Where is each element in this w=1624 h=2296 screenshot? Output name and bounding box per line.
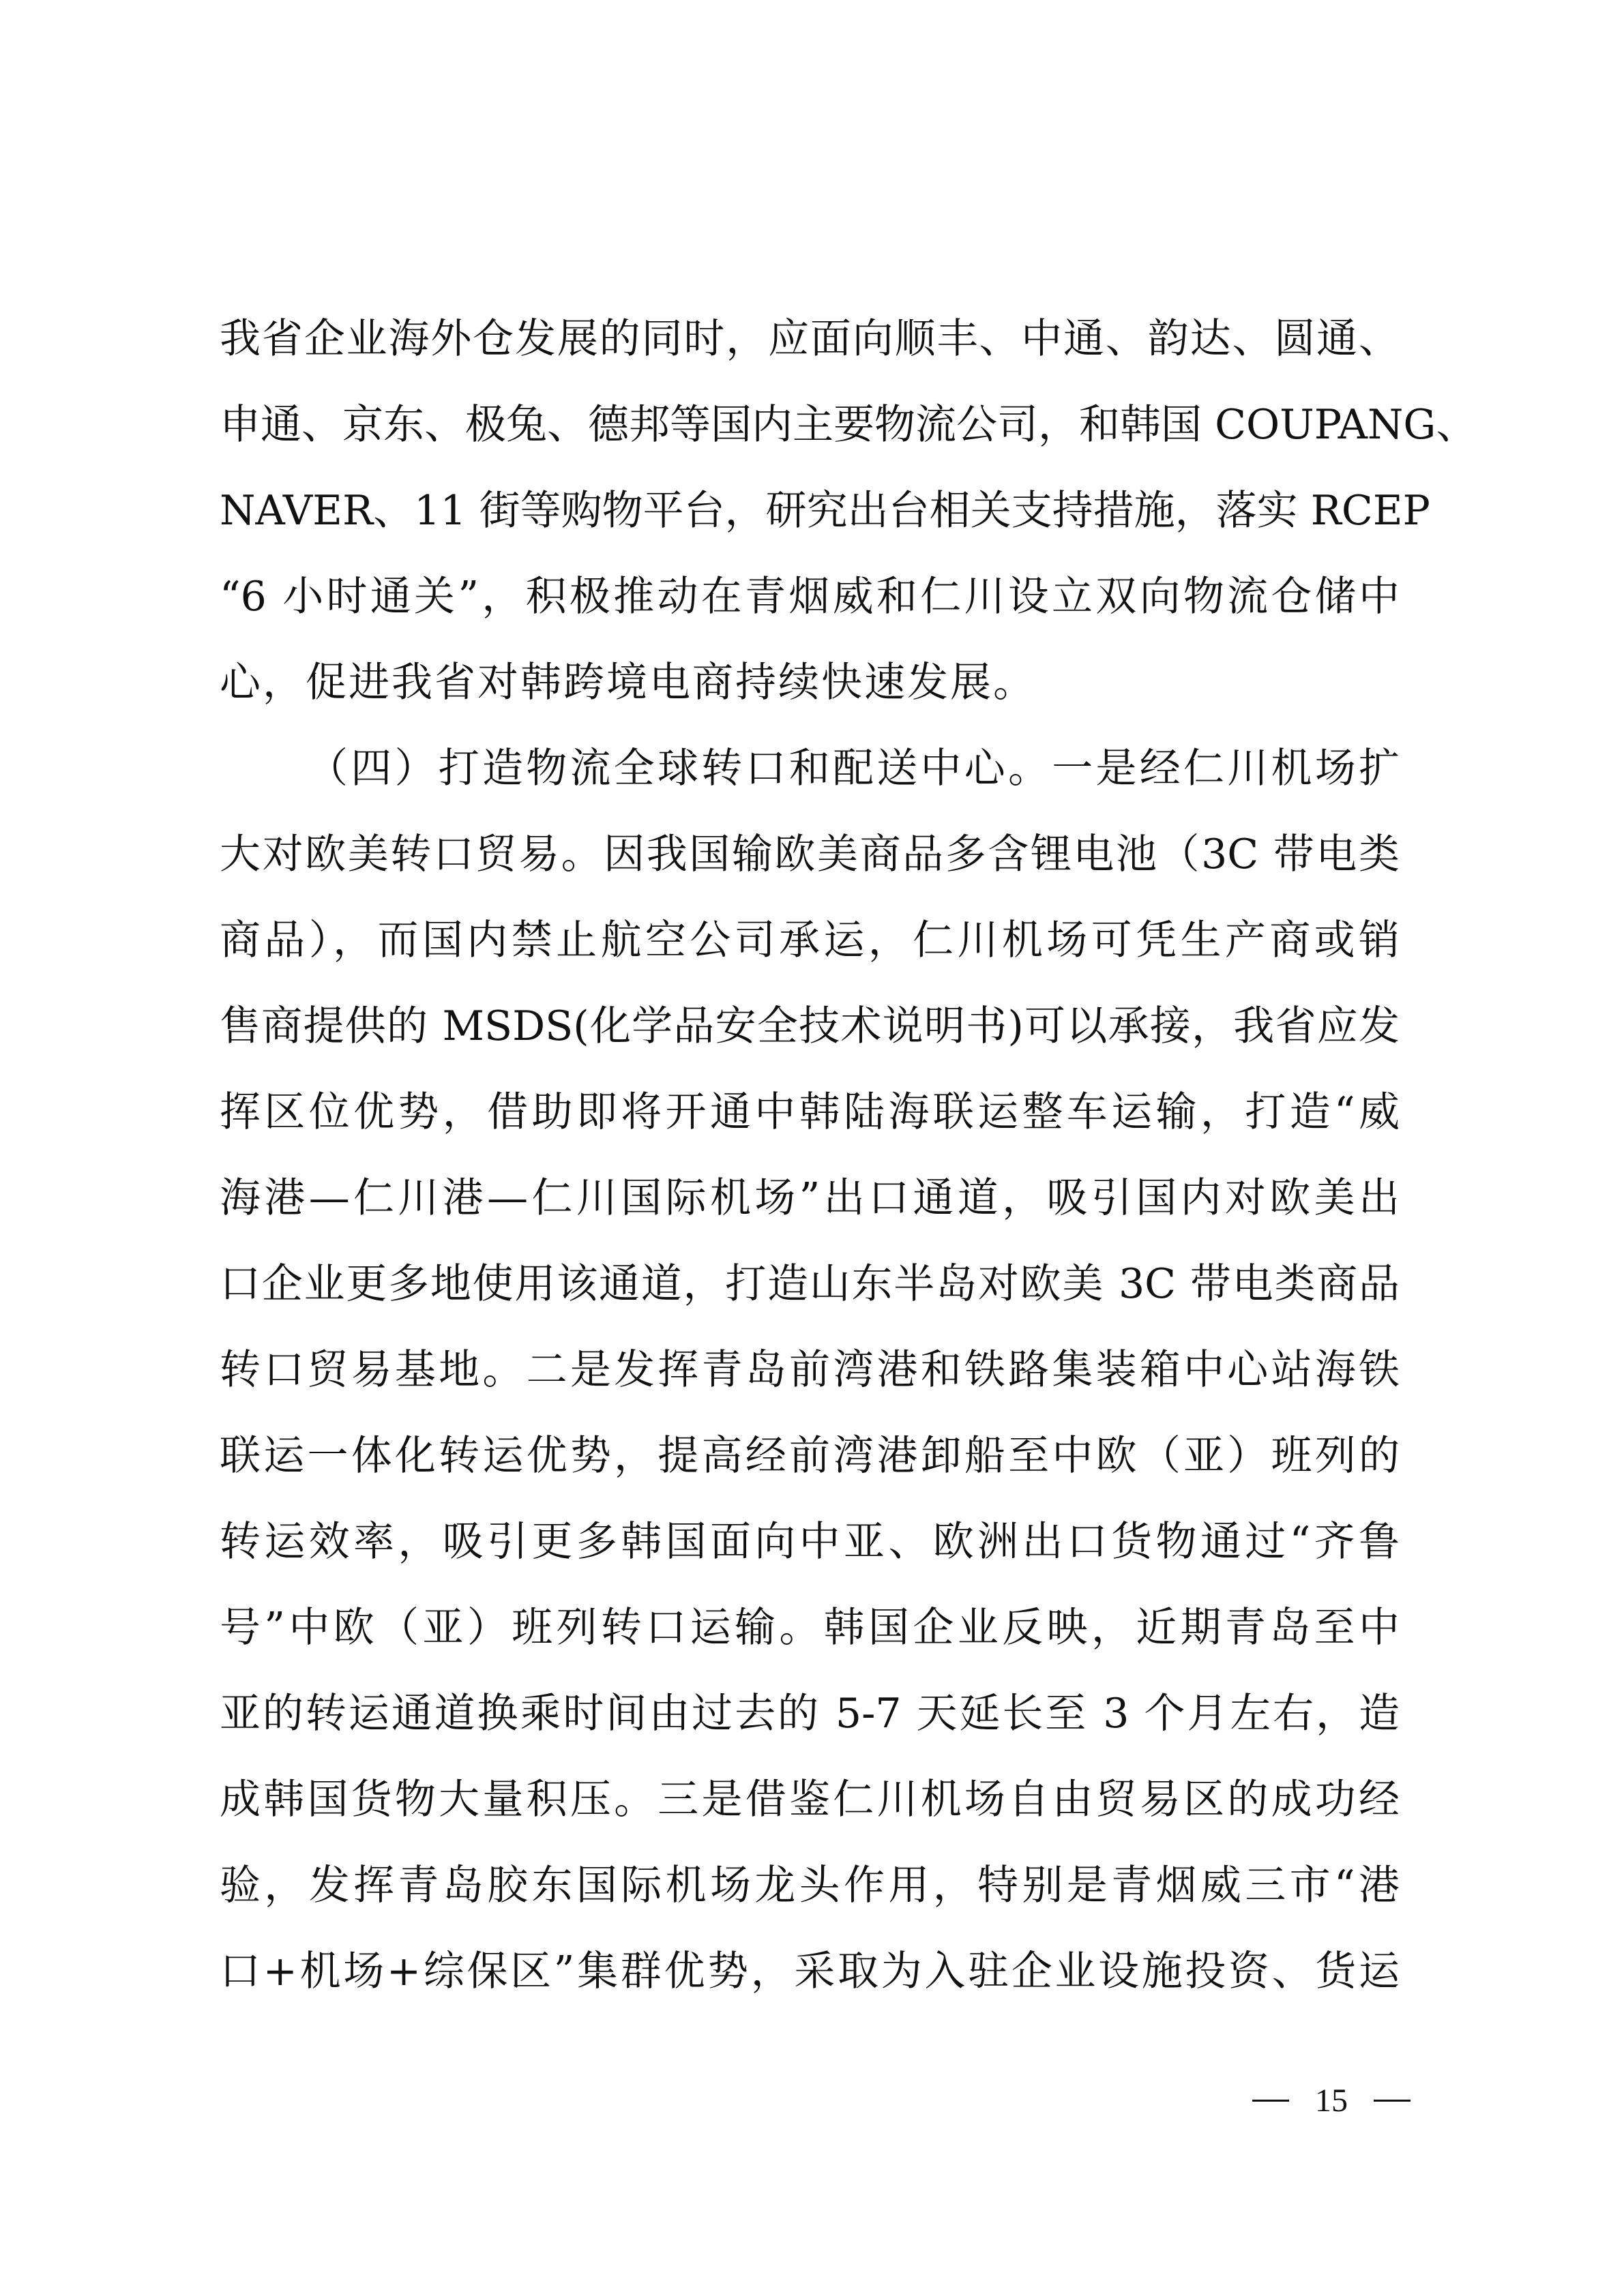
text-line: “6 小时通关”，积极推动在青烟威和仁川设立双向物流仓储中 <box>220 554 1400 640</box>
page-number: 15 <box>1315 2082 1348 2119</box>
body-text: 我省企业海外仓发展的同时，应面向顺丰、中通、韵达、圆通、 申通、京东、极兔、德邦… <box>220 296 1400 2014</box>
text-line: 联运一体化转运优势，提高经前湾港卸船至中欧（亚）班列的 <box>220 1413 1400 1499</box>
text-line: 挥区位优势，借助即将开通中韩陆海联运整车运输，打造“威 <box>220 1069 1400 1155</box>
text-line: 申通、京东、极兔、德邦等国内主要物流公司，和韩国 COUPANG、 <box>220 382 1400 468</box>
section-heading-line: （四）打造物流全球转口和配送中心。一是经仁川机场扩 <box>220 726 1400 811</box>
right-dash-decoration <box>1374 2100 1411 2102</box>
text-line: 口+机场+综保区”集群优势，采取为入驻企业设施投资、货运 <box>220 1928 1400 2014</box>
text-line: 海港—仁川港—仁川国际机场”出口通道，吸引国内对欧美出 <box>220 1155 1400 1241</box>
text-line: 转运效率，吸引更多韩国面向中亚、欧洲出口货物通过“齐鲁 <box>220 1499 1400 1585</box>
document-page: 我省企业海外仓发展的同时，应面向顺丰、中通、韵达、圆通、 申通、京东、极兔、德邦… <box>0 0 1624 2296</box>
text-line: 成韩国货物大量积压。三是借鉴仁川机场自由贸易区的成功经 <box>220 1757 1400 1843</box>
text-line: 转口贸易基地。二是发挥青岛前湾港和铁路集装箱中心站海铁 <box>220 1327 1400 1413</box>
text-line-continuation: 一是经仁川机场扩 <box>1052 745 1400 792</box>
page-number-footer: 15 <box>1252 2076 1411 2124</box>
text-line: NAVER、11 街等购物平台，研究出台相关支持措施，落实 RCEP <box>220 468 1400 554</box>
text-line: 大对欧美转口贸易。因我国输欧美商品多含锂电池（3C 带电类 <box>220 811 1400 897</box>
paragraph-end-line: 心，促进我省对韩跨境电商持续快速发展。 <box>220 640 1400 726</box>
text-line: 验，发挥青岛胶东国际机场龙头作用，特别是青烟威三市“港 <box>220 1843 1400 1928</box>
text-line: 亚的转运通道换乘时间由过去的 5-7 天延长至 3 个月左右，造 <box>220 1671 1400 1757</box>
text-line: 号”中欧（亚）班列转口运输。韩国企业反映，近期青岛至中 <box>220 1585 1400 1671</box>
section-heading: （四）打造物流全球转口和配送中心。 <box>307 745 1052 792</box>
left-dash-decoration <box>1252 2100 1289 2102</box>
text-line: 口企业更多地使用该通道，打造山东半岛对欧美 3C 带电类商品 <box>220 1241 1400 1327</box>
text-line: 商品），而国内禁止航空公司承运，仁川机场可凭生产商或销 <box>220 897 1400 983</box>
text-line: 售商提供的 MSDS(化学品安全技术说明书)可以承接，我省应发 <box>220 983 1400 1069</box>
text-line: 我省企业海外仓发展的同时，应面向顺丰、中通、韵达、圆通、 <box>220 296 1400 382</box>
